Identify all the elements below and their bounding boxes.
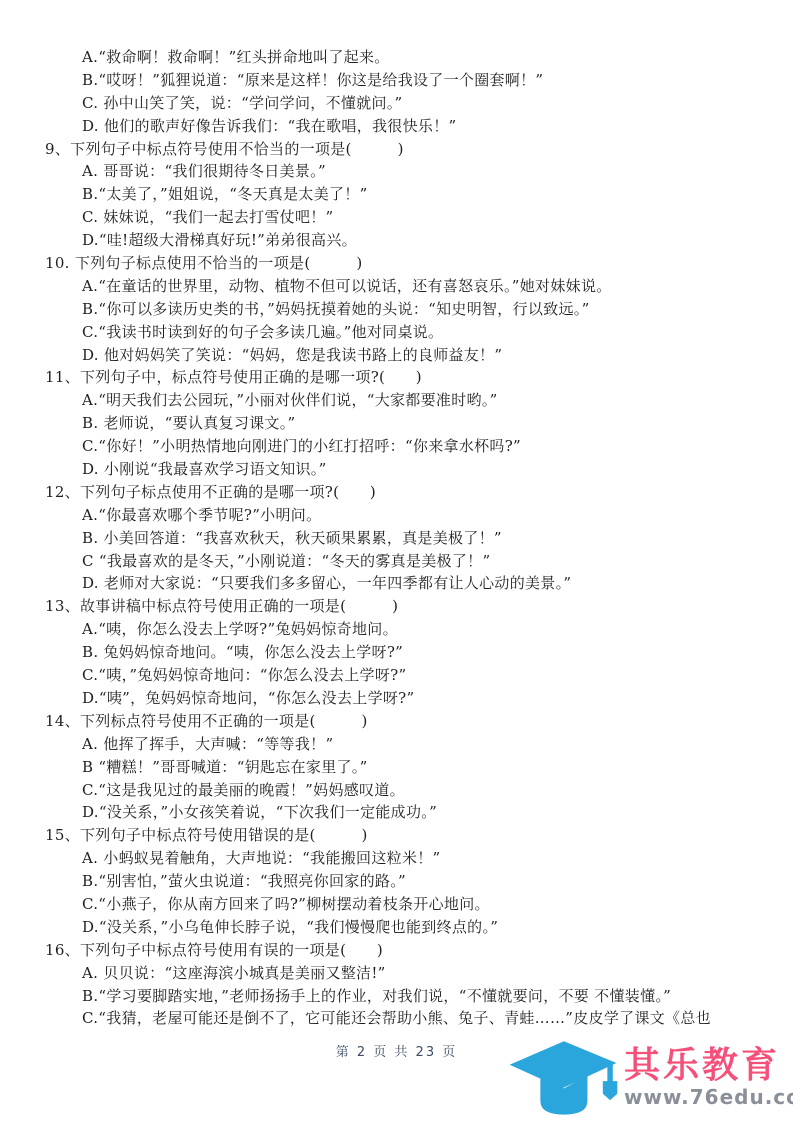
answer-option: A. 小蚂蚁晃着触角，大声地说：“我能搬回这粒米！” <box>0 847 793 870</box>
graduation-cap-icon <box>504 1034 622 1120</box>
answer-option: A.“明天我们去公园玩，”小丽对伙伴们说，“大家都要准时哟。” <box>0 389 793 412</box>
question-stem: 9、下列句子中标点符号使用不恰当的一项是( ) <box>0 138 793 161</box>
answer-option: A.“在童话的世界里，动物、植物不但可以说话，还有喜怒哀乐。”她对妹妹说。 <box>0 275 793 298</box>
question-stem: 13、故事讲稿中标点符号使用正确的一项是( ) <box>0 595 793 618</box>
answer-option: B. 老师说，“要认真复习课文。” <box>0 412 793 435</box>
answer-option: B “糟糕！”哥哥喊道：“钥匙忘在家里了。” <box>0 756 793 779</box>
answer-option: B.“别害怕，”萤火虫说道：“我照亮你回家的路。” <box>0 870 793 893</box>
question-stem: 15、下列句子中标点符号使用错误的是( ) <box>0 824 793 847</box>
answer-option: A.“咦，你怎么没去上学呀?”兔妈妈惊奇地问。 <box>0 618 793 641</box>
answer-option: A.“你最喜欢哪个季节呢?”小明问。 <box>0 504 793 527</box>
answer-option: D.“咦”，兔妈妈惊奇地问，“你怎么没去上学呀?” <box>0 687 793 710</box>
brand-url: www.76edu.com <box>624 1086 793 1108</box>
answer-option: D.“没关系，”小女孩笑着说，“下次我们一定能成功。” <box>0 801 793 824</box>
answer-option: B.“学习要脚踏实地，”老师扬扬手上的作业，对我们说，“不懂就要问，不要 不懂装… <box>0 985 793 1008</box>
answer-option: C. 孙中山笑了笑，说：“学问学问，不懂就问。” <box>0 92 793 115</box>
answer-option: C.“我读书时读到好的句子会多读几遍。”他对同桌说。 <box>0 321 793 344</box>
answer-option: A. 他挥了挥手，大声喊：“等等我！” <box>0 733 793 756</box>
answer-option: C.“你好！”小明热情地向刚进门的小红打招呼：“你来拿水杯吗?” <box>0 435 793 458</box>
answer-option: C.“我猜，老屋可能还是倒不了，它可能还会帮助小熊、兔子、青蛙……”皮皮学了课文… <box>0 1007 793 1030</box>
answer-option: A. 哥哥说：“我们很期待冬日美景。” <box>0 160 793 183</box>
answer-option: B.“哎呀！”狐狸说道：“原来是这样！你这是给我设了一个圈套啊！” <box>0 69 793 92</box>
answer-option: C. 妹妹说，“我们一起去打雪仗吧！” <box>0 206 793 229</box>
answer-option: B. 小美回答道：“我喜欢秋天，秋天硕果累累，真是美极了！” <box>0 527 793 550</box>
worksheet-body: A.“救命啊！救命啊！”红头拼命地叫了起来。 B.“哎呀！”狐狸说道：“原来是这… <box>0 46 793 1030</box>
answer-option: C.“这是我见过的最美丽的晚霞！”妈妈感叹道。 <box>0 779 793 802</box>
brand-logo: 其乐教育 www.76edu.com <box>504 1033 789 1121</box>
answer-option: C.“小燕子，你从南方回来了吗?”柳树摆动着枝条开心地问。 <box>0 893 793 916</box>
answer-option: D. 他对妈妈笑了笑说：“妈妈，您是我读书路上的良师益友！” <box>0 344 793 367</box>
question-stem: 10. 下列句子标点使用不恰当的一项是( ) <box>0 252 793 275</box>
answer-option: D. 小刚说“我最喜欢学习语文知识。” <box>0 458 793 481</box>
worksheet-page: A.“救命啊！救命啊！”红头拼命地叫了起来。 B.“哎呀！”狐狸说道：“原来是这… <box>0 0 793 1122</box>
answer-option: B. 兔妈妈惊奇地问。“咦，你怎么没去上学呀?” <box>0 641 793 664</box>
question-stem: 12、下列句子标点使用不正确的是哪一项?( ) <box>0 481 793 504</box>
answer-option: B.“太美了，”姐姐说，“冬天真是太美了！” <box>0 183 793 206</box>
question-stem: 16、下列句子中标点符号使用有误的一项是( ) <box>0 939 793 962</box>
answer-option: D. 老师对大家说：“只要我们多多留心，一年四季都有让人心动的美景。” <box>0 572 793 595</box>
answer-option: B.“你可以多读历史类的书，”妈妈抚摸着她的头说：“知史明智，行以致远。” <box>0 298 793 321</box>
question-stem: 14、下列标点符号使用不正确的一项是( ) <box>0 710 793 733</box>
answer-option: D.“没关系，”小乌龟伸长脖子说，“我们慢慢爬也能到终点的。” <box>0 916 793 939</box>
answer-option: A. 贝贝说：“这座海滨小城真是美丽又整洁!” <box>0 962 793 985</box>
answer-option: D.“哇!超级大滑梯真好玩!”弟弟很高兴。 <box>0 229 793 252</box>
question-stem: 11、下列句子中，标点符号使用正确的是哪一项?( ) <box>0 366 793 389</box>
brand-name: 其乐教育 <box>624 1046 780 1086</box>
answer-option: C.“咦，”兔妈妈惊奇地问：“你怎么没去上学呀?” <box>0 664 793 687</box>
answer-option: D. 他们的歌声好像告诉我们：“我在歌唱，我很快乐！” <box>0 115 793 138</box>
brand-text: 其乐教育 www.76edu.com <box>624 1046 793 1108</box>
answer-option: C “我最喜欢的是冬天，”小刚说道：“冬天的雾真是美极了！” <box>0 550 793 573</box>
answer-option: A.“救命啊！救命啊！”红头拼命地叫了起来。 <box>0 46 793 69</box>
